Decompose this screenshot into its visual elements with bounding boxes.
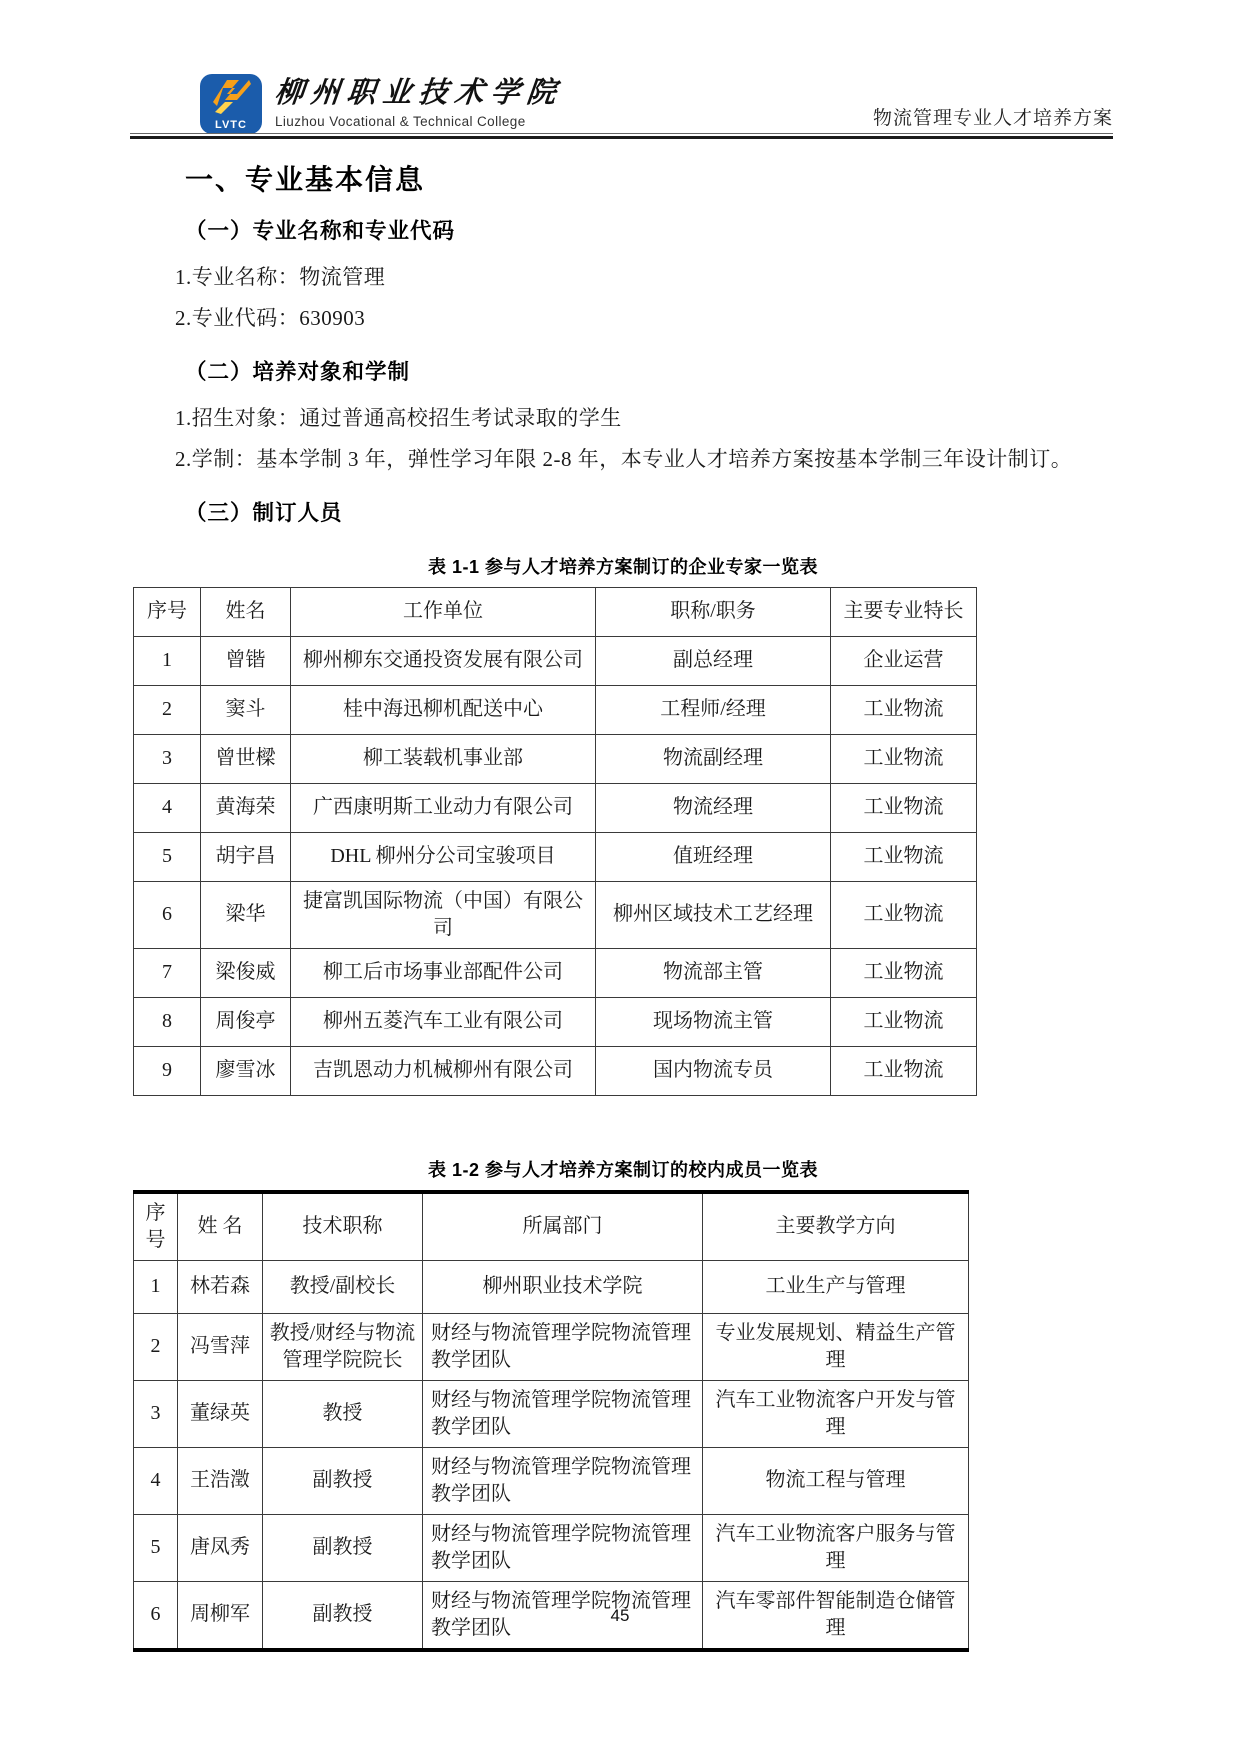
table-cell: 曾锴: [201, 636, 291, 685]
table-cell: 工业物流: [831, 881, 977, 948]
table-cell: 企业运营: [831, 636, 977, 685]
table-cell: 广西康明斯工业动力有限公司: [291, 783, 596, 832]
table-header-cell: 主要教学方向: [703, 1192, 969, 1261]
table-cell: 林若森: [178, 1260, 263, 1313]
table-cell: 梁华: [201, 881, 291, 948]
page-header: LVTC 柳州职业技术学院 Liuzhou Vocational & Techn…: [130, 70, 1113, 132]
table-cell: 捷富凯国际物流（中国）有限公司: [291, 881, 596, 948]
table-cell: 周俊亭: [201, 997, 291, 1046]
table-cell: 2: [134, 685, 201, 734]
table-cell: 5: [134, 1514, 178, 1581]
table-cell: 柳州区域技术工艺经理: [596, 881, 831, 948]
header-doc-title: 物流管理专业人才培养方案: [873, 103, 1113, 130]
table-cell: 国内物流专员: [596, 1046, 831, 1095]
table-cell: 9: [134, 1046, 201, 1095]
table-header-cell: 主要专业特长: [831, 587, 977, 636]
table-header-cell: 所属部门: [423, 1192, 703, 1261]
table-row: 5唐凤秀副教授财经与物流管理学院物流管理教学团队汽车工业物流客户服务与管理: [134, 1514, 969, 1581]
table-row: 1林若森教授/副校长柳州职业技术学院工业生产与管理: [134, 1260, 969, 1313]
table2-caption: 表 1-2 参与人才培养方案制订的校内成员一览表: [133, 1156, 1113, 1182]
table-cell: 财经与物流管理学院物流管理教学团队: [423, 1514, 703, 1581]
table-cell: 王浩澂: [178, 1447, 263, 1514]
paragraph: 1.招生对象：通过普通高校招生考试录取的学生: [133, 398, 1113, 439]
table-cell: 值班经理: [596, 832, 831, 881]
table-row: 3曾世樑柳工装载机事业部物流副经理工业物流: [134, 734, 977, 783]
table-header-cell: 技术职称: [263, 1192, 423, 1261]
table-row: 3董绿英教授财经与物流管理学院物流管理教学团队汽车工业物流客户开发与管理: [134, 1380, 969, 1447]
document-page: LVTC 柳州职业技术学院 Liuzhou Vocational & Techn…: [0, 0, 1240, 1754]
paragraph: 2.专业代码：630903: [133, 298, 1113, 339]
table-cell: 黄海荣: [201, 783, 291, 832]
table-cell: 3: [134, 1380, 178, 1447]
table-cell: 廖雪冰: [201, 1046, 291, 1095]
table-cell: 工业物流: [831, 832, 977, 881]
table-cell: 副教授: [263, 1514, 423, 1581]
table-cell: 3: [134, 734, 201, 783]
table-cell: 胡宇昌: [201, 832, 291, 881]
table-cell: 柳工装载机事业部: [291, 734, 596, 783]
page-content: 一、专业基本信息 （一）专业名称和专业代码 1.专业名称：物流管理 2.专业代码…: [133, 148, 1113, 1652]
table-cell: 梁俊威: [201, 948, 291, 997]
table-cell: 工程师/经理: [596, 685, 831, 734]
paragraph: 2.学制：基本学制 3 年，弹性学习年限 2-8 年，本专业人才培养方案按基本学…: [133, 439, 1113, 480]
table-row: 6梁华捷富凯国际物流（中国）有限公司柳州区域技术工艺经理工业物流: [134, 881, 977, 948]
table-cell: 6: [134, 881, 201, 948]
table-header-cell: 姓名: [201, 587, 291, 636]
table-header-row: 序号姓名工作单位职称/职务主要专业特长: [134, 587, 977, 636]
table-cell: 工业物流: [831, 685, 977, 734]
table-cell: 工业物流: [831, 783, 977, 832]
table-cell: 财经与物流管理学院物流管理教学团队: [423, 1313, 703, 1380]
table-cell: DHL 柳州分公司宝骏项目: [291, 832, 596, 881]
table-cell: 物流工程与管理: [703, 1447, 969, 1514]
table-row: 5胡宇昌DHL 柳州分公司宝骏项目值班经理工业物流: [134, 832, 977, 881]
college-name-en: Liuzhou Vocational & Technical College: [275, 114, 695, 129]
table-cell: 汽车工业物流客户服务与管理: [703, 1514, 969, 1581]
table-header-cell: 姓 名: [178, 1192, 263, 1261]
table-header-row: 序号姓 名技术职称所属部门主要教学方向: [134, 1192, 969, 1261]
table-cell: 吉凯恩动力机械柳州有限公司: [291, 1046, 596, 1095]
table-row: 9廖雪冰吉凯恩动力机械柳州有限公司国内物流专员工业物流: [134, 1046, 977, 1095]
table-cell: 财经与物流管理学院物流管理教学团队: [423, 1447, 703, 1514]
table-row: 2窦斗桂中海迅柳机配送中心工程师/经理工业物流: [134, 685, 977, 734]
table-cell: 桂中海迅柳机配送中心: [291, 685, 596, 734]
table-cell: 唐凤秀: [178, 1514, 263, 1581]
table-cell: 汽车工业物流客户开发与管理: [703, 1380, 969, 1447]
table1-caption: 表 1-1 参与人才培养方案制订的企业专家一览表: [133, 553, 1113, 579]
table-header-cell: 工作单位: [291, 587, 596, 636]
table-cell: 教授: [263, 1380, 423, 1447]
table-cell: 曾世樑: [201, 734, 291, 783]
college-name-cn: 柳州职业技术学院: [273, 70, 697, 111]
table-cell: 工业物流: [831, 734, 977, 783]
table-row: 2冯雪萍教授/财经与物流管理学院院长财经与物流管理学院物流管理教学团队专业发展规…: [134, 1313, 969, 1380]
table-cell: 工业物流: [831, 1046, 977, 1095]
paragraph: 1.专业名称：物流管理: [133, 257, 1113, 298]
lightning-bolt-icon: [209, 78, 253, 116]
table-cell: 冯雪萍: [178, 1313, 263, 1380]
table-header-cell: 序号: [134, 587, 201, 636]
table-cell: 1: [134, 636, 201, 685]
table-cell: 5: [134, 832, 201, 881]
table-cell: 柳州五菱汽车工业有限公司: [291, 997, 596, 1046]
table-row: 4王浩澂副教授财经与物流管理学院物流管理教学团队物流工程与管理: [134, 1447, 969, 1514]
page-number: 45: [0, 1606, 1240, 1626]
table-cell: 工业物流: [831, 997, 977, 1046]
table-row: 7梁俊威柳工后市场事业部配件公司物流部主管工业物流: [134, 948, 977, 997]
subsection-1-title: （一）专业名称和专业代码: [185, 214, 1113, 245]
table-cell: 教授/副校长: [263, 1260, 423, 1313]
subsection-2-title: （二）培养对象和学制: [185, 355, 1113, 386]
table-row: 4黄海荣广西康明斯工业动力有限公司物流经理工业物流: [134, 783, 977, 832]
college-name-block: 柳州职业技术学院 Liuzhou Vocational & Technical …: [275, 70, 695, 129]
table-cell: 工业物流: [831, 948, 977, 997]
table-cell: 副教授: [263, 1447, 423, 1514]
table-cell: 8: [134, 997, 201, 1046]
school-members-table: 序号姓 名技术职称所属部门主要教学方向 1林若森教授/副校长柳州职业技术学院工业…: [133, 1190, 969, 1652]
table-cell: 工业生产与管理: [703, 1260, 969, 1313]
table-cell: 柳州职业技术学院: [423, 1260, 703, 1313]
table-cell: 4: [134, 783, 201, 832]
table-cell: 2: [134, 1313, 178, 1380]
table-cell: 董绿英: [178, 1380, 263, 1447]
table-header-cell: 序号: [134, 1192, 178, 1261]
table-cell: 窦斗: [201, 685, 291, 734]
table-cell: 柳工后市场事业部配件公司: [291, 948, 596, 997]
enterprise-experts-table: 序号姓名工作单位职称/职务主要专业特长 1曾锴柳州柳东交通投资发展有限公司副总经…: [133, 587, 977, 1096]
table-cell: 7: [134, 948, 201, 997]
table-cell: 现场物流主管: [596, 997, 831, 1046]
table-row: 1曾锴柳州柳东交通投资发展有限公司副总经理企业运营: [134, 636, 977, 685]
table-cell: 财经与物流管理学院物流管理教学团队: [423, 1380, 703, 1447]
table-cell: 柳州柳东交通投资发展有限公司: [291, 636, 596, 685]
table-header-cell: 职称/职务: [596, 587, 831, 636]
section-title: 一、专业基本信息: [185, 158, 1113, 198]
table-cell: 物流部主管: [596, 948, 831, 997]
header-divider: [130, 133, 1113, 139]
table-cell: 教授/财经与物流管理学院院长: [263, 1313, 423, 1380]
table-cell: 物流副经理: [596, 734, 831, 783]
table-cell: 专业发展规划、精益生产管理: [703, 1313, 969, 1380]
table-cell: 物流经理: [596, 783, 831, 832]
logo-abbr-text: LVTC: [215, 119, 247, 134]
table-cell: 副总经理: [596, 636, 831, 685]
table-cell: 4: [134, 1447, 178, 1514]
table-cell: 1: [134, 1260, 178, 1313]
table-row: 8周俊亭柳州五菱汽车工业有限公司现场物流主管工业物流: [134, 997, 977, 1046]
subsection-3-title: （三）制订人员: [185, 496, 1113, 527]
college-logo: LVTC: [200, 74, 262, 134]
